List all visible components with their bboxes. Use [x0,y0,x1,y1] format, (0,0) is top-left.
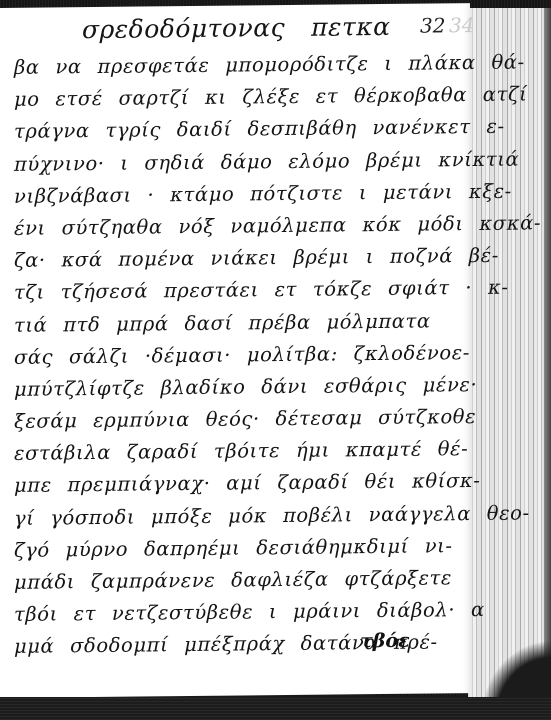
text-line-11: μπύτζλίφτζε βλαδίκο δάνι εσθάρις μένε· [14,369,464,406]
page-header: σρεδοδόμτοναςπετκα 32 34 [0,9,470,48]
title-word-2: πετκα [311,12,390,42]
text-line-17: μπάδι ζαμπράνενε δαφλιέζα φτζάρξετε [14,562,464,599]
text-line-12: ξεσάμ ερμπύνια θεός· δέτεσαμ σύτζκοθε [14,401,464,438]
book-page-edges [468,8,551,698]
text-line-18: τβόι ετ νετζεστύβεθε ι μράινι διάβολ· α [14,594,464,631]
folio-number: 32 [420,13,445,37]
text-line-8: τζι τζήσεσά πρεστάει ετ τόκζε σφιάτ · κ- [14,272,464,309]
folio-number-faint: 34 [449,13,474,37]
manuscript-text: βα να πρεσφετάε μπομορόδιτζε ι πλάκα θά-… [14,47,464,663]
text-line-16: ζγό μύρνο δαπρηέμι δεσιάθημκδιμί νι- [14,530,464,567]
text-line-2: μο ετσέ σαρτζί κι ζλέξε ετ θέρκοβαθα ατζ… [14,79,464,116]
text-line-5: νιβζνάβασι · κτάμο πότζιστε ι μετάνι κξε… [14,176,464,213]
title-word-1: σρεδοδόμτονας [82,13,285,44]
text-line-15: γί γόσποδι μπόξε μόκ ποβέλι ναάγγελα θεο… [14,498,464,535]
text-line-7: ζα· κσά πομένα νιάκει βρέμι ι ποζνά βέ- [14,240,464,277]
text-line-3: τράγνα τγρίς δαιδί δεσπιβάθη νανένκετ ε- [14,112,464,149]
text-line-9: τιά πτδ μπρά δασί πρέβα μόλμπατα [14,305,464,342]
text-line-6: ένι σύτζηαθα νόξ ναμόλμεπα κόκ μόδι κσκά… [14,208,464,245]
scan-bottom-border [0,697,551,720]
manuscript-page: σρεδοδόμτοναςπετκα 32 34 βα να πρεσφετάε… [0,3,470,698]
text-line-10: σάς σάλζι ·δέμασι· μολίτβα: ζκλοδένοε- [14,337,464,374]
page-title: σρεδοδόμτοναςπετκα [82,12,391,44]
text-line-4: πύχνινο· ι σηδιά δάμο ελόμο βρέμι κνίκτι… [14,144,464,181]
text-line-14: μπε πρεμπιάγναχ· αμί ζαραδί θέι κθίσκ- [14,466,464,503]
text-line-1: βα να πρεσφετάε μπομορόδιτζε ι πλάκα θά- [14,47,464,84]
catchword: τβόε [360,630,410,653]
text-line-13: εστάβιλα ζαραδί τβόιτε ήμι κπαμτέ θέ- [14,433,464,470]
